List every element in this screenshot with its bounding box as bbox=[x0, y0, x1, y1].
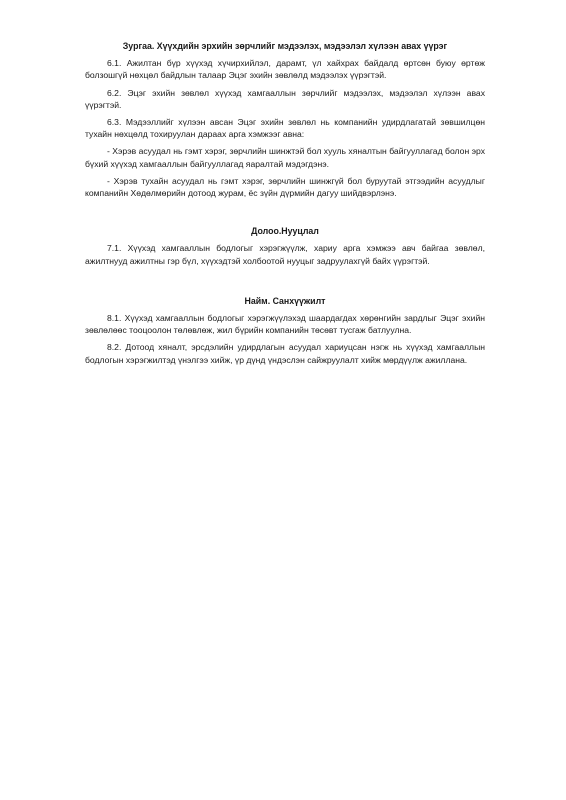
spacer bbox=[85, 204, 485, 225]
paragraph-6-2: 6.2. Эцэг эхийн зөвлөл хүүхэд хамгааллын… bbox=[85, 87, 485, 111]
section-heading: Зургаа. Хүүхдийн эрхийн зөрчлийг мэдээлэ… bbox=[85, 40, 485, 52]
spacer bbox=[85, 272, 485, 295]
paragraph-8-1: 8.1. Хүүхэд хамгааллын бодлогыг хэрэгжүү… bbox=[85, 312, 485, 336]
section-heading: Найм. Санхүүжилт bbox=[85, 295, 485, 307]
section-six: Зургаа. Хүүхдийн эрхийн зөрчлийг мэдээлэ… bbox=[85, 40, 485, 199]
paragraph-6-1: 6.1. Ажилтан бүр хүүхэд хүчирхийлэл, дар… bbox=[85, 57, 485, 81]
section-seven: Долоо.Нууцлал 7.1. Хүүхэд хамгааллын бод… bbox=[85, 225, 485, 267]
paragraph-8-2: 8.2. Дотоод хяналт, эрсдэлийн удирдлагын… bbox=[85, 341, 485, 365]
bullet-item: - Хэрэв тухайн асуудал нь гэмт хэрэг, зө… bbox=[85, 175, 485, 199]
paragraph-6-3: 6.3. Мэдээллийг хүлээн авсан Эцэг эхийн … bbox=[85, 116, 485, 140]
document-page: Зургаа. Хүүхдийн эрхийн зөрчлийг мэдээлэ… bbox=[85, 40, 485, 371]
section-heading: Долоо.Нууцлал bbox=[85, 225, 485, 237]
bullet-item: - Хэрэв асуудал нь гэмт хэрэг, зөрчлийн … bbox=[85, 145, 485, 169]
paragraph-7-1: 7.1. Хүүхэд хамгааллын бодлогыг хэрэгжүү… bbox=[85, 242, 485, 266]
section-eight: Найм. Санхүүжилт 8.1. Хүүхэд хамгааллын … bbox=[85, 295, 485, 366]
